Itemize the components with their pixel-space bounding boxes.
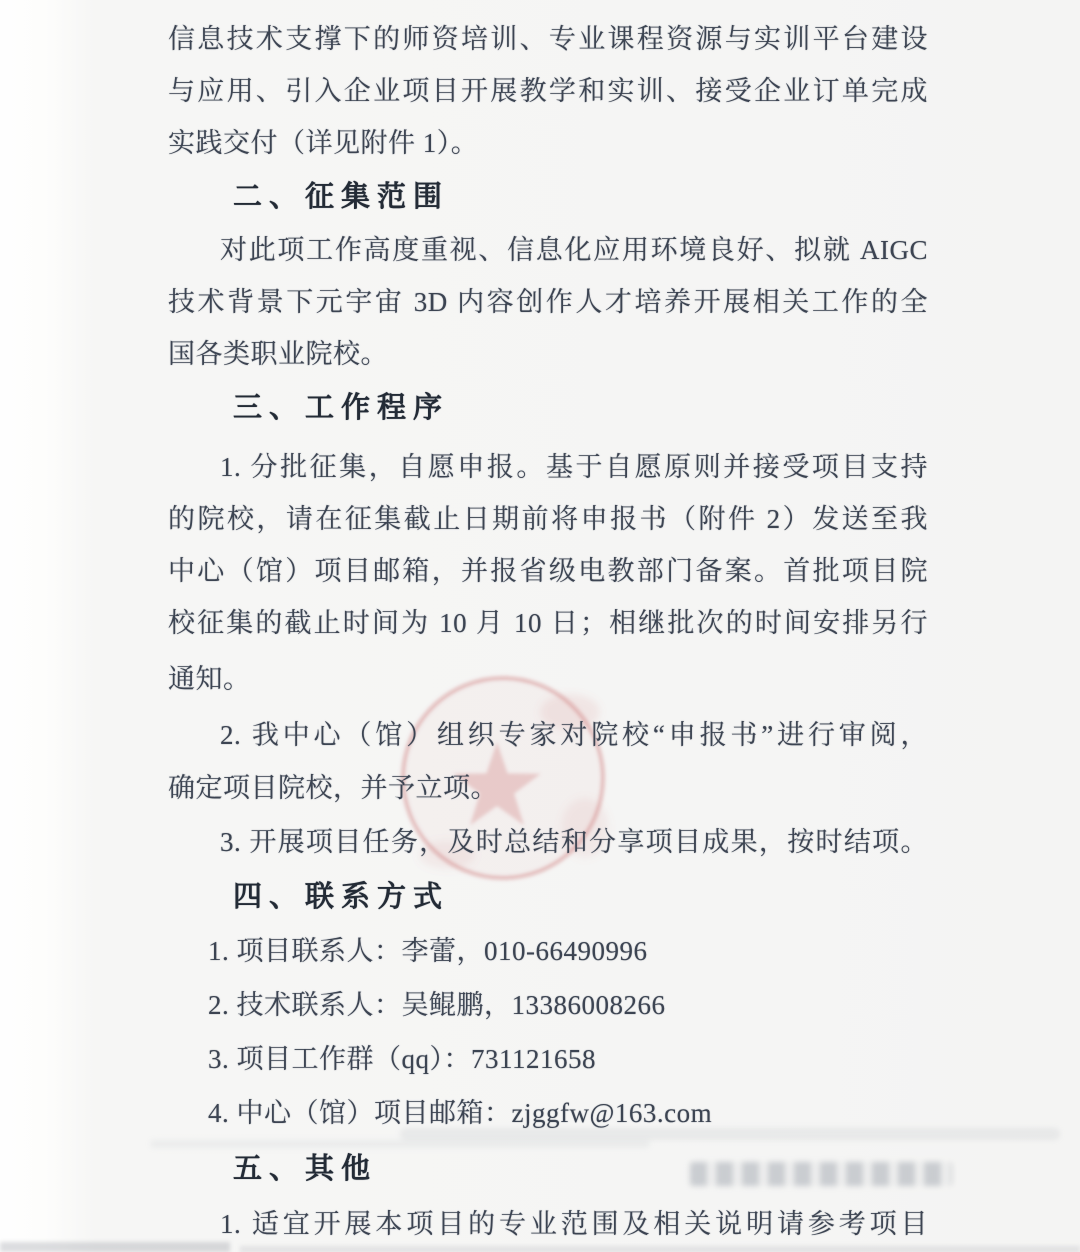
contact-line-qq-group: 3. 项目工作群（qq）：731121658 [208, 1042, 1028, 1082]
body-line: 对此项工作高度重视、信息化应用环境良好、拟就 AIGC [168, 233, 928, 273]
body-line: 实践交付（详见附件 1）。 [168, 126, 928, 166]
body-line: 中心（馆）项目邮箱，并报省级电教部门备案。首批项目院 [168, 554, 928, 594]
body-line: 技术背景下元宇宙 3D 内容创作人才培养开展相关工作的全 [168, 285, 928, 325]
body-line: 2. 我中心（馆）组织专家对院校“申报书”进行审阅， [168, 718, 928, 758]
scanned-document-page: 信息技术支撑下的师资培训、专业课程资源与实训平台建设 与应用、引入企业项目开展教… [0, 0, 1080, 1252]
body-line: 校征集的截止时间为 10 月 10 日；相继批次的时间安排另行 [168, 606, 928, 646]
body-line: 1. 适宜开展本项目的专业范围及相关说明请参考项目 [168, 1207, 928, 1247]
body-line: 3. 开展项目任务，及时总结和分享项目成果，按时结项。 [168, 825, 928, 865]
contact-line-project: 1. 项目联系人：李蕾，010-66490996 [208, 934, 1028, 974]
body-line: 与应用、引入企业项目开展教学和实训、接受企业订单完成 [168, 74, 928, 114]
section-heading-4: 四、联系方式 [233, 880, 973, 920]
scan-smudge [150, 1140, 650, 1148]
body-line: 通知。 [168, 662, 928, 702]
body-line: 确定项目院校，并予立项。 [168, 771, 928, 811]
section-heading-2: 二、征集范围 [233, 180, 973, 220]
section-heading-5: 五、其他 [233, 1152, 973, 1192]
body-line: 国各类职业院校。 [168, 337, 928, 377]
contact-line-technical: 2. 技术联系人：吴鲲鹏，13386008266 [208, 988, 1028, 1028]
body-line: 1. 分批征集，自愿申报。基于自愿原则并接受项目支持 [168, 450, 928, 490]
section-heading-3: 三、工作程序 [233, 391, 973, 431]
body-line: 的院校，请在征集截止日期前将申报书（附件 2）发送至我 [168, 502, 928, 542]
body-line: 信息技术支撑下的师资培训、专业课程资源与实训平台建设 [168, 22, 928, 62]
contact-line-email: 4. 中心（馆）项目邮箱：zjggfw@163.com [208, 1096, 1028, 1136]
